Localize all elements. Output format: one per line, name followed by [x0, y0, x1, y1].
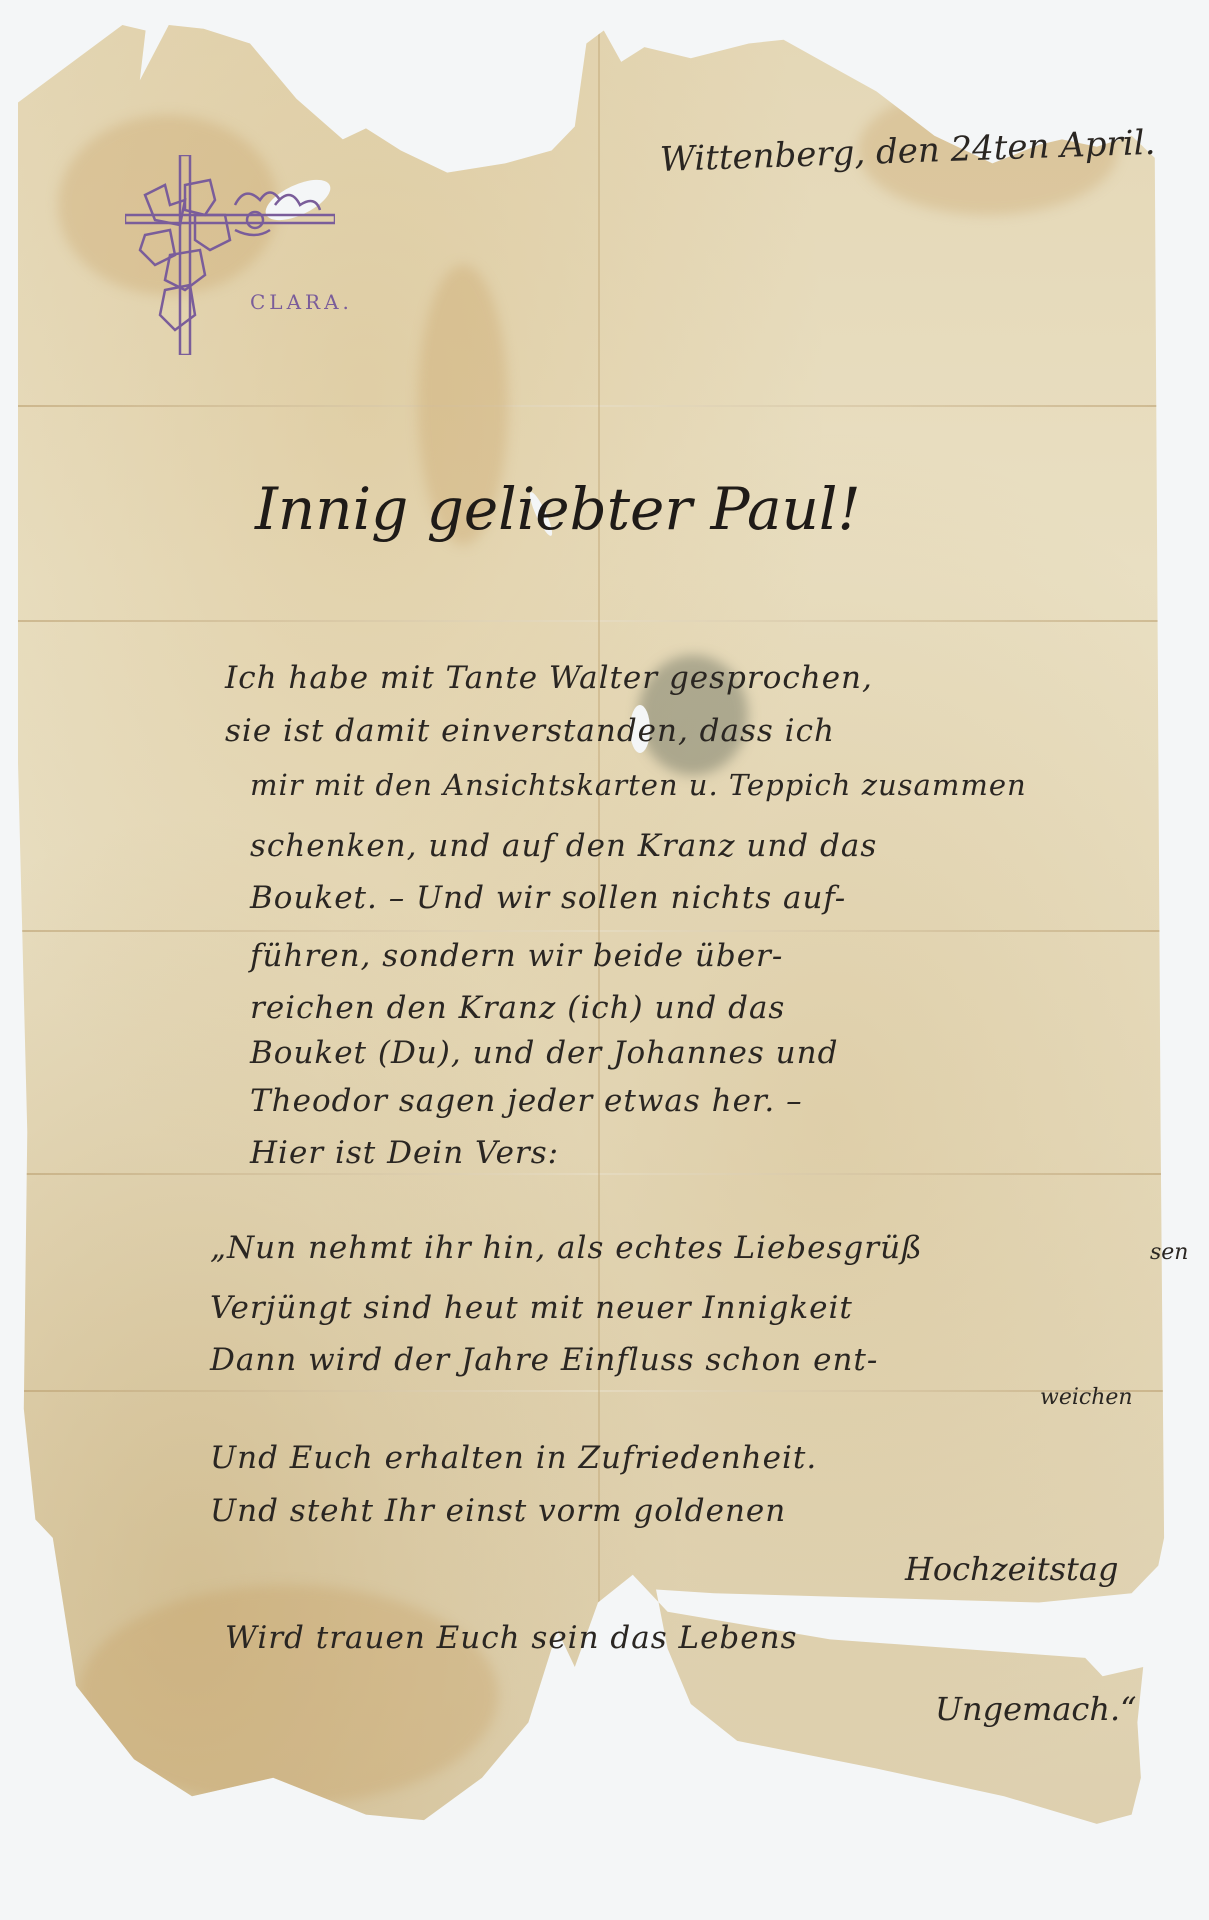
- right-aligned-word: Hochzeitstag: [905, 1550, 1118, 1588]
- margin-note: sen: [1150, 1240, 1188, 1265]
- margin-note: weichen: [1040, 1385, 1133, 1410]
- verse-line: „Nun nehmt ihr hin, als echtes Liebesgrü…: [210, 1230, 923, 1266]
- cross-with-ivy-icon: [125, 155, 335, 355]
- greeting: Innig geliebter Paul!: [255, 475, 861, 543]
- body-line: führen, sondern wir beide über-: [250, 938, 783, 974]
- body-line: mir mit den Ansichtskarten u. Teppich zu…: [250, 768, 1027, 802]
- body-line: Theodor sagen jeder etwas her. –: [250, 1083, 803, 1119]
- body-line: sie ist damit einverstanden, dass ich: [225, 713, 835, 749]
- verse-line: Und steht Ihr einst vorm goldenen: [210, 1493, 786, 1529]
- closing-line: Wird trauen Euch sein das Lebens: [225, 1620, 798, 1656]
- verse-line: Verjüngt sind heut mit neuer Innigkeit: [210, 1290, 853, 1326]
- verse-text: Und steht Ihr einst vorm goldenen: [210, 1493, 786, 1529]
- body-line: Bouket (Du), und der Johannes und: [250, 1035, 838, 1071]
- verse-line: Und Euch erhalten in Zufriedenheit.: [210, 1440, 817, 1476]
- body-line: Bouket. – Und wir sollen nichts auf-: [250, 880, 846, 916]
- body-line: schenken, und auf den Kranz und das: [250, 828, 877, 864]
- body-line: Hier ist Dein Vers:: [250, 1135, 559, 1171]
- body-line: Ich habe mit Tante Walter gesprochen,: [225, 660, 873, 696]
- body-line: reichen den Kranz (ich) und das: [250, 990, 785, 1026]
- right-aligned-word: Ungemach.“: [935, 1690, 1136, 1728]
- letterhead-name: CLARA.: [250, 290, 353, 314]
- verse-line: Dann wird der Jahre Einfluss schon ent-: [210, 1342, 878, 1378]
- stain: [78, 1585, 498, 1805]
